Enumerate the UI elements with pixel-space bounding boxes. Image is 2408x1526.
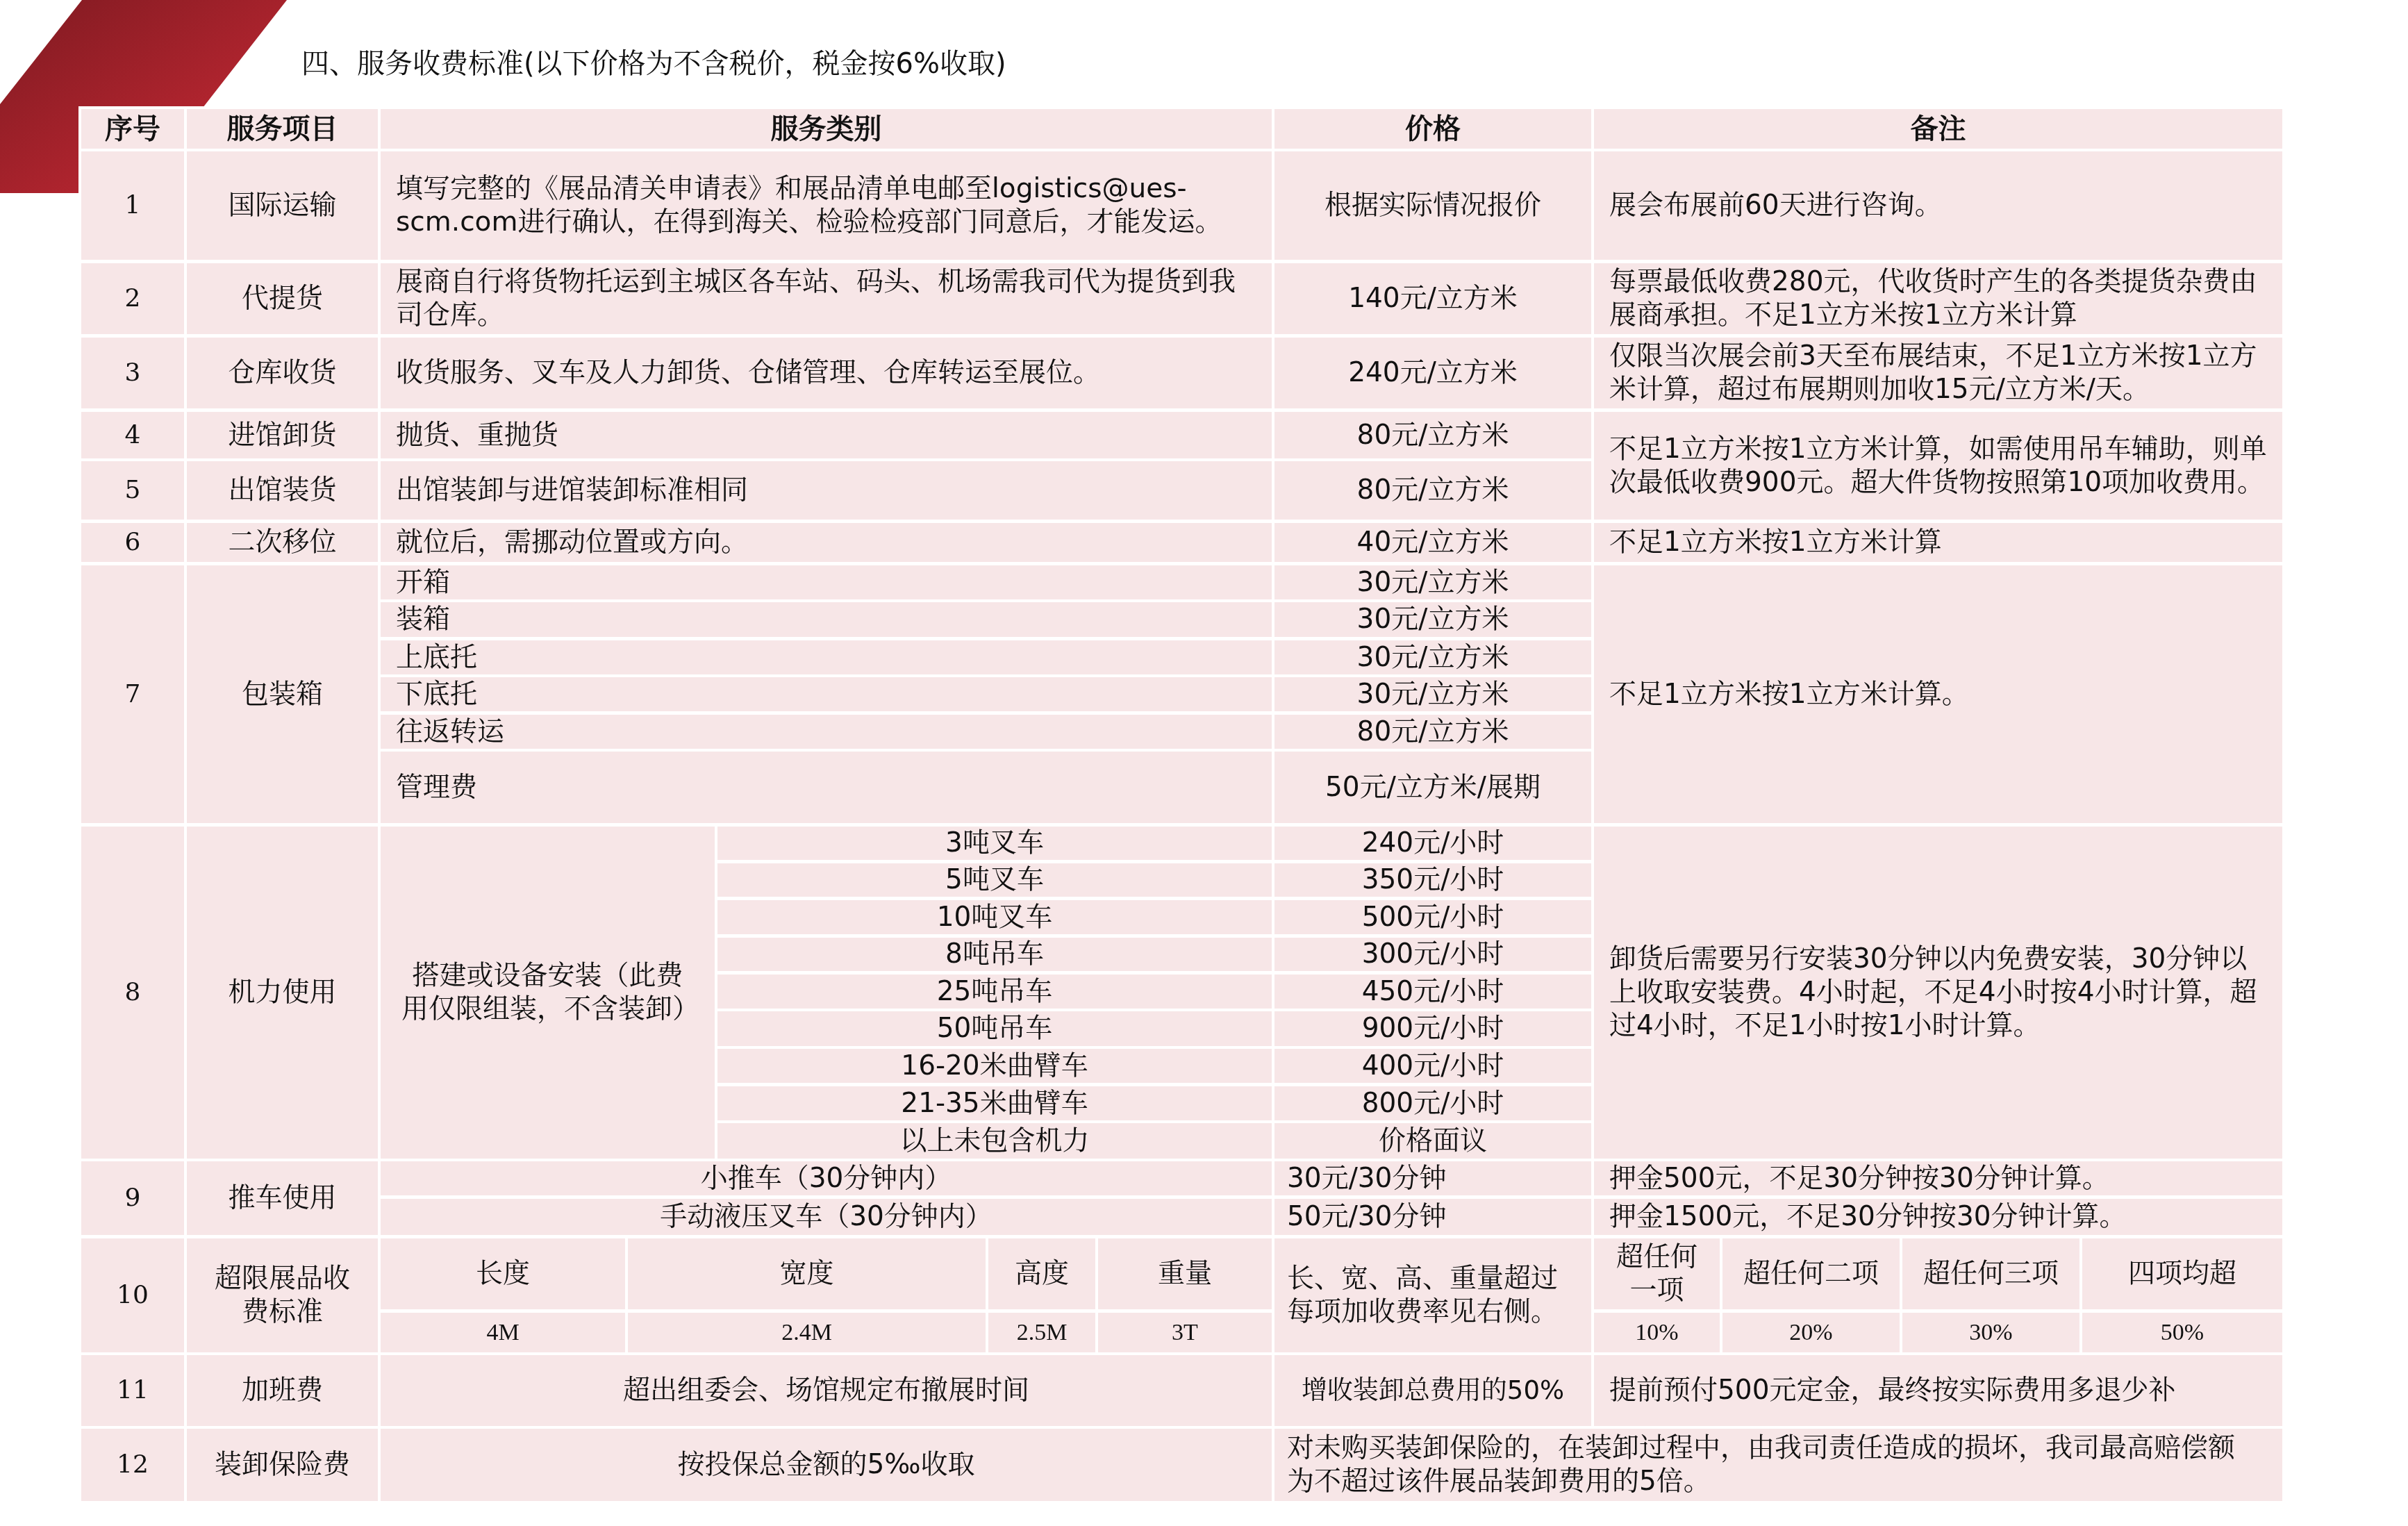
row-3-no: 3 bbox=[81, 338, 184, 408]
row-8-no: 8 bbox=[81, 827, 184, 1159]
row-1-no: 1 bbox=[81, 151, 184, 260]
row-8-sub-price: 400元/小时 bbox=[1274, 1049, 1591, 1083]
row-7-sub-price: 30元/立方米 bbox=[1274, 602, 1591, 637]
row-8-item: 机力使用 bbox=[187, 827, 378, 1159]
row-7-sub-category: 装箱 bbox=[381, 602, 1272, 637]
row-4-5-note: 不足1立方米按1立方米计算，如需使用吊车辅助，则单次最低收费900元。超大件货物… bbox=[1594, 412, 2282, 520]
row-9-sub-note: 押金1500元，不足30分钟按30分钟计算。 bbox=[1594, 1199, 2282, 1235]
header-note: 备注 bbox=[1594, 109, 2282, 149]
row-5-no: 5 bbox=[81, 461, 184, 520]
row-7-sub-price: 30元/立方米 bbox=[1274, 640, 1591, 674]
row-2-category: 展商自行将货物托运到主城区各车站、码头、机场需我司代为提货到我司仓库。 bbox=[381, 263, 1272, 334]
row-12-item: 装卸保险费 bbox=[187, 1429, 378, 1501]
row-6-category: 就位后，需挪动位置或方向。 bbox=[381, 523, 1272, 562]
row-5-item: 出馆装货 bbox=[187, 461, 378, 520]
row-7-item: 包装箱 bbox=[187, 565, 378, 823]
row-7-sub-price: 50元/立方米/展期 bbox=[1274, 752, 1591, 823]
rate-value-three: 30% bbox=[1902, 1313, 2079, 1352]
row-7-sub-category: 开箱 bbox=[381, 565, 1272, 599]
row-3-price: 240元/立方米 bbox=[1274, 338, 1591, 408]
row-6-no: 6 bbox=[81, 523, 184, 562]
row-7-sub-category: 上底托 bbox=[381, 640, 1272, 674]
row-9-item: 推车使用 bbox=[187, 1161, 378, 1235]
row-8-sub-type: 16-20米曲臂车 bbox=[717, 1049, 1272, 1083]
row-11-no: 11 bbox=[81, 1355, 184, 1426]
rate-label-four: 四项均超 bbox=[2082, 1238, 2282, 1309]
row-8-sub-type: 21-35米曲臂车 bbox=[717, 1086, 1272, 1120]
row-2-note: 每票最低收费280元，代收货时产生的各类提货杂费由展商承担。不足1立方米按1立方… bbox=[1594, 263, 2282, 334]
row-2-no: 2 bbox=[81, 263, 184, 334]
row-8-sub-price: 300元/小时 bbox=[1274, 938, 1591, 971]
row-7-sub-category: 下底托 bbox=[381, 677, 1272, 711]
dim-label-weight: 重量 bbox=[1098, 1238, 1272, 1309]
row-8-sub-price: 350元/小时 bbox=[1274, 863, 1591, 897]
row-8-sub-type: 25吨吊车 bbox=[717, 975, 1272, 1009]
row-7-note: 不足1立方米按1立方米计算。 bbox=[1594, 565, 2282, 823]
row-3-note: 仅限当次展会前3天至布展结束，不足1立方米按1立方米计算，超过布展期则加收15元… bbox=[1594, 338, 2282, 408]
header-price: 价格 bbox=[1274, 109, 1591, 149]
row-8-sub-type: 10吨叉车 bbox=[717, 900, 1272, 934]
row-7-sub-category: 管理费 bbox=[381, 752, 1272, 823]
row-8-note: 卸货后需要另行安装30分钟以内免费安装，30分钟以上收取安装费。4小时起，不足4… bbox=[1594, 827, 2282, 1159]
page-title: 四、服务收费标准(以下价格为不含税价，税金按6%收取) bbox=[301, 46, 1006, 82]
row-8-sub-type: 8吨吊车 bbox=[717, 938, 1272, 971]
row-8-sub-price: 800元/小时 bbox=[1274, 1086, 1591, 1120]
rate-value-one: 10% bbox=[1594, 1313, 1720, 1352]
row-7-sub-price: 80元/立方米 bbox=[1274, 715, 1591, 749]
row-8-sub-type: 3吨叉车 bbox=[717, 827, 1272, 860]
row-5-category: 出馆装卸与进馆装卸标准相同 bbox=[381, 461, 1272, 520]
row-9-sub-category: 手动液压叉车（30分钟内） bbox=[381, 1199, 1272, 1235]
dim-value-height: 2.5M bbox=[988, 1313, 1095, 1352]
dim-label-width: 宽度 bbox=[628, 1238, 986, 1309]
row-8-sub-price: 价格面议 bbox=[1274, 1123, 1591, 1159]
dim-label-length: 长度 bbox=[381, 1238, 625, 1309]
header-no: 序号 bbox=[81, 109, 184, 149]
row-10-price-note: 长、宽、高、重量超过每项加收费率见右侧。 bbox=[1274, 1238, 1591, 1352]
row-1-price: 根据实际情况报价 bbox=[1274, 151, 1591, 260]
row-6-item: 二次移位 bbox=[187, 523, 378, 562]
dim-label-height: 高度 bbox=[988, 1238, 1095, 1309]
row-8-sub-type: 以上未包含机力 bbox=[717, 1123, 1272, 1159]
row-2-item: 代提货 bbox=[187, 263, 378, 334]
rate-value-four: 50% bbox=[2082, 1313, 2282, 1352]
row-2-price: 140元/立方米 bbox=[1274, 263, 1591, 334]
header-category: 服务类别 bbox=[381, 109, 1272, 149]
row-5-price: 80元/立方米 bbox=[1274, 461, 1591, 520]
rate-label-one: 超任何一项 bbox=[1594, 1238, 1720, 1309]
row-8-sub-price: 240元/小时 bbox=[1274, 827, 1591, 860]
header-item: 服务项目 bbox=[187, 109, 378, 149]
row-4-price: 80元/立方米 bbox=[1274, 412, 1591, 458]
row-11-category: 超出组委会、场馆规定布撤展时间 bbox=[381, 1355, 1272, 1426]
row-9-sub-note: 押金500元，不足30分钟按30分钟计算。 bbox=[1594, 1161, 2282, 1195]
row-6-note: 不足1立方米按1立方米计算 bbox=[1594, 523, 2282, 562]
row-6-price: 40元/立方米 bbox=[1274, 523, 1591, 562]
row-8-sub-price: 450元/小时 bbox=[1274, 975, 1591, 1009]
row-11-item: 加班费 bbox=[187, 1355, 378, 1426]
row-7-sub-price: 30元/立方米 bbox=[1274, 677, 1591, 711]
rate-value-two: 20% bbox=[1722, 1313, 1900, 1352]
row-3-item: 仓库收货 bbox=[187, 338, 378, 408]
row-4-category: 抛货、重抛货 bbox=[381, 412, 1272, 458]
row-12-note: 对未购买装卸保险的，在装卸过程中，由我司责任造成的损坏，我司最高赔偿额为不超过该… bbox=[1274, 1429, 2282, 1501]
row-1-item: 国际运输 bbox=[187, 151, 378, 260]
row-7-sub-category: 往返转运 bbox=[381, 715, 1272, 749]
row-9-sub-price: 50元/30分钟 bbox=[1274, 1199, 1591, 1235]
rate-label-three: 超任何三项 bbox=[1902, 1238, 2079, 1309]
dim-value-width: 2.4M bbox=[628, 1313, 986, 1352]
row-1-category: 填写完整的《展品清关申请表》和展品清单电邮至logistics@ues-scm.… bbox=[381, 151, 1272, 260]
row-11-note: 提前预付500元定金，最终按实际费用多退少补 bbox=[1594, 1355, 2282, 1426]
row-4-item: 进馆卸货 bbox=[187, 412, 378, 458]
row-12-no: 12 bbox=[81, 1429, 184, 1501]
row-3-category: 收货服务、叉车及人力卸货、仓储管理、仓库转运至展位。 bbox=[381, 338, 1272, 408]
row-9-sub-price: 30元/30分钟 bbox=[1274, 1161, 1591, 1195]
dim-value-length: 4M bbox=[381, 1313, 625, 1352]
row-4-no: 4 bbox=[81, 412, 184, 458]
row-8-sub-type: 5吨叉车 bbox=[717, 863, 1272, 897]
row-1-note: 展会布展前60天进行咨询。 bbox=[1594, 151, 2282, 260]
row-7-no: 7 bbox=[81, 565, 184, 823]
rate-label-two: 超任何二项 bbox=[1722, 1238, 1900, 1309]
row-11-price: 增收装卸总费用的50% bbox=[1274, 1355, 1591, 1426]
row-8-sub-price: 900元/小时 bbox=[1274, 1011, 1591, 1046]
row-12-category: 按投保总金额的5‰收取 bbox=[381, 1429, 1272, 1501]
row-10-item: 超限展品收费标准 bbox=[187, 1238, 378, 1352]
row-9-no: 9 bbox=[81, 1161, 184, 1235]
row-8-sub-price: 500元/小时 bbox=[1274, 900, 1591, 934]
row-7-sub-price: 30元/立方米 bbox=[1274, 565, 1591, 599]
dim-value-weight: 3T bbox=[1098, 1313, 1272, 1352]
row-8-category: 搭建或设备安装（此费用仅限组装，不含装卸） bbox=[381, 827, 715, 1159]
row-8-sub-type: 50吨吊车 bbox=[717, 1011, 1272, 1046]
row-9-sub-category: 小推车（30分钟内） bbox=[381, 1161, 1272, 1195]
row-10-no: 10 bbox=[81, 1238, 184, 1352]
